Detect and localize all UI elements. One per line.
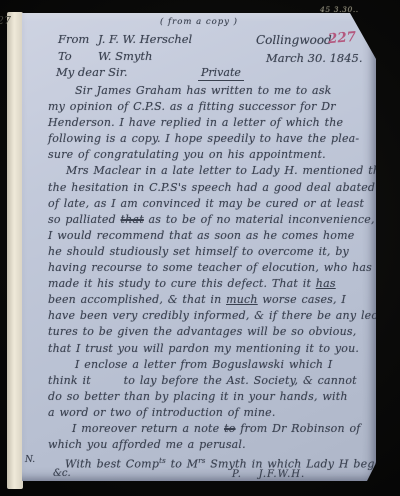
salutation: My dear Sir. <box>56 65 128 79</box>
letter-line: so palliated that as to be of no materia… <box>48 212 376 228</box>
line-text: from Dr Robinson of <box>236 422 361 435</box>
folio-number: 227 <box>327 29 356 47</box>
line-text: worse cases, I <box>258 293 346 306</box>
line-text: With best Comp <box>65 458 159 471</box>
letter-line: having recourse to some teacher of elocu… <box>48 260 376 276</box>
copy-note: ( from a copy ) <box>22 17 376 27</box>
letter-line: made it his study to cure this defect. T… <box>48 276 376 292</box>
underlined-word: much <box>226 293 258 306</box>
superscript-text: ts <box>159 457 166 465</box>
margin-note: N. <box>25 455 35 465</box>
letter-line: Mrs Maclear in a late letter to Lady H. … <box>48 163 376 179</box>
letter-line: the hesitation in C.P.S's speech had a g… <box>48 180 376 196</box>
letter-line: which you afforded me a perusal. <box>48 437 376 453</box>
place-line: Collingwood <box>256 33 332 47</box>
letter-line: my opinion of C.P.S. as a fitting succes… <box>48 99 376 115</box>
letter-line: I would recommend that as soon as he com… <box>48 228 376 244</box>
photograph-of-letter: 45 3.30.. 27 ( from a copy ) FromJ. F. W… <box>0 0 400 496</box>
letter-line: that I trust you will pardon my mentioni… <box>48 341 376 357</box>
letter-line: sure of congratulating you on his appoin… <box>48 147 376 163</box>
line-text: I moreover return a note <box>72 422 224 435</box>
line-text: been accomplished, & that in <box>48 293 226 306</box>
from-line: FromJ. F. W. Herschel <box>58 32 192 46</box>
letter-line: I moreover return a note to from Dr Robi… <box>48 421 376 437</box>
letter-line: following is a copy. I hope speedily to … <box>48 131 376 147</box>
letter-line: tures to be given the advantages will be… <box>48 324 376 340</box>
line-text: so palliated <box>48 213 121 226</box>
struck-out-word: that <box>121 213 144 226</box>
struck-out-word: to <box>224 422 235 435</box>
to-line: ToW. Smyth <box>58 49 152 63</box>
letter-line: he should studiously set himself to over… <box>48 244 376 260</box>
letter-line: a word or two of introduction of mine. <box>48 405 376 421</box>
date-line: March 30. 1845. <box>266 51 363 65</box>
facing-page-edge <box>7 12 23 489</box>
private-marking: Private <box>198 66 244 81</box>
letter-line: have been very credibly informed, & if t… <box>48 308 376 324</box>
line-text: to M <box>166 458 198 471</box>
letter-page: ( from a copy ) FromJ. F. W. Herschel To… <box>22 13 376 481</box>
letter-line: With best Compts to Mrs Smyth in which L… <box>48 453 376 469</box>
to-label: To <box>58 49 98 63</box>
signature-initials: P. J.F.W.H. <box>232 469 305 480</box>
letter-line: been accomplished, & that in much worse … <box>48 292 376 308</box>
left-page-number: 27 <box>0 14 11 27</box>
line-text: as to be of no material inconvenience, <box>144 213 375 226</box>
letter-line: of late, as I am convinced it may be cur… <box>48 196 376 212</box>
letter-line: I enclose a letter from Boguslawski whic… <box>48 357 376 373</box>
letter-line: Henderson. I have replied in a letter of… <box>48 115 376 131</box>
etcetera-abbreviation: &c. <box>53 468 71 479</box>
letter-line: Sir James Graham has written to me to as… <box>48 83 376 99</box>
letter-line: do so better than by placing it in your … <box>48 389 376 405</box>
line-text: made it his study to cure this defect. T… <box>48 277 316 290</box>
from-label: From <box>58 32 98 46</box>
to-name: W. Smyth <box>98 49 152 63</box>
from-name: J. F. W. Herschel <box>98 32 192 46</box>
underlined-word: has <box>316 277 336 290</box>
superscript-text: rs <box>198 457 205 465</box>
archive-reference-number: 45 3.30.. <box>320 5 359 14</box>
letter-line: think it to lay before the Ast. Society,… <box>48 373 376 389</box>
letter-body: Sir James Graham has written to me to as… <box>48 83 376 469</box>
